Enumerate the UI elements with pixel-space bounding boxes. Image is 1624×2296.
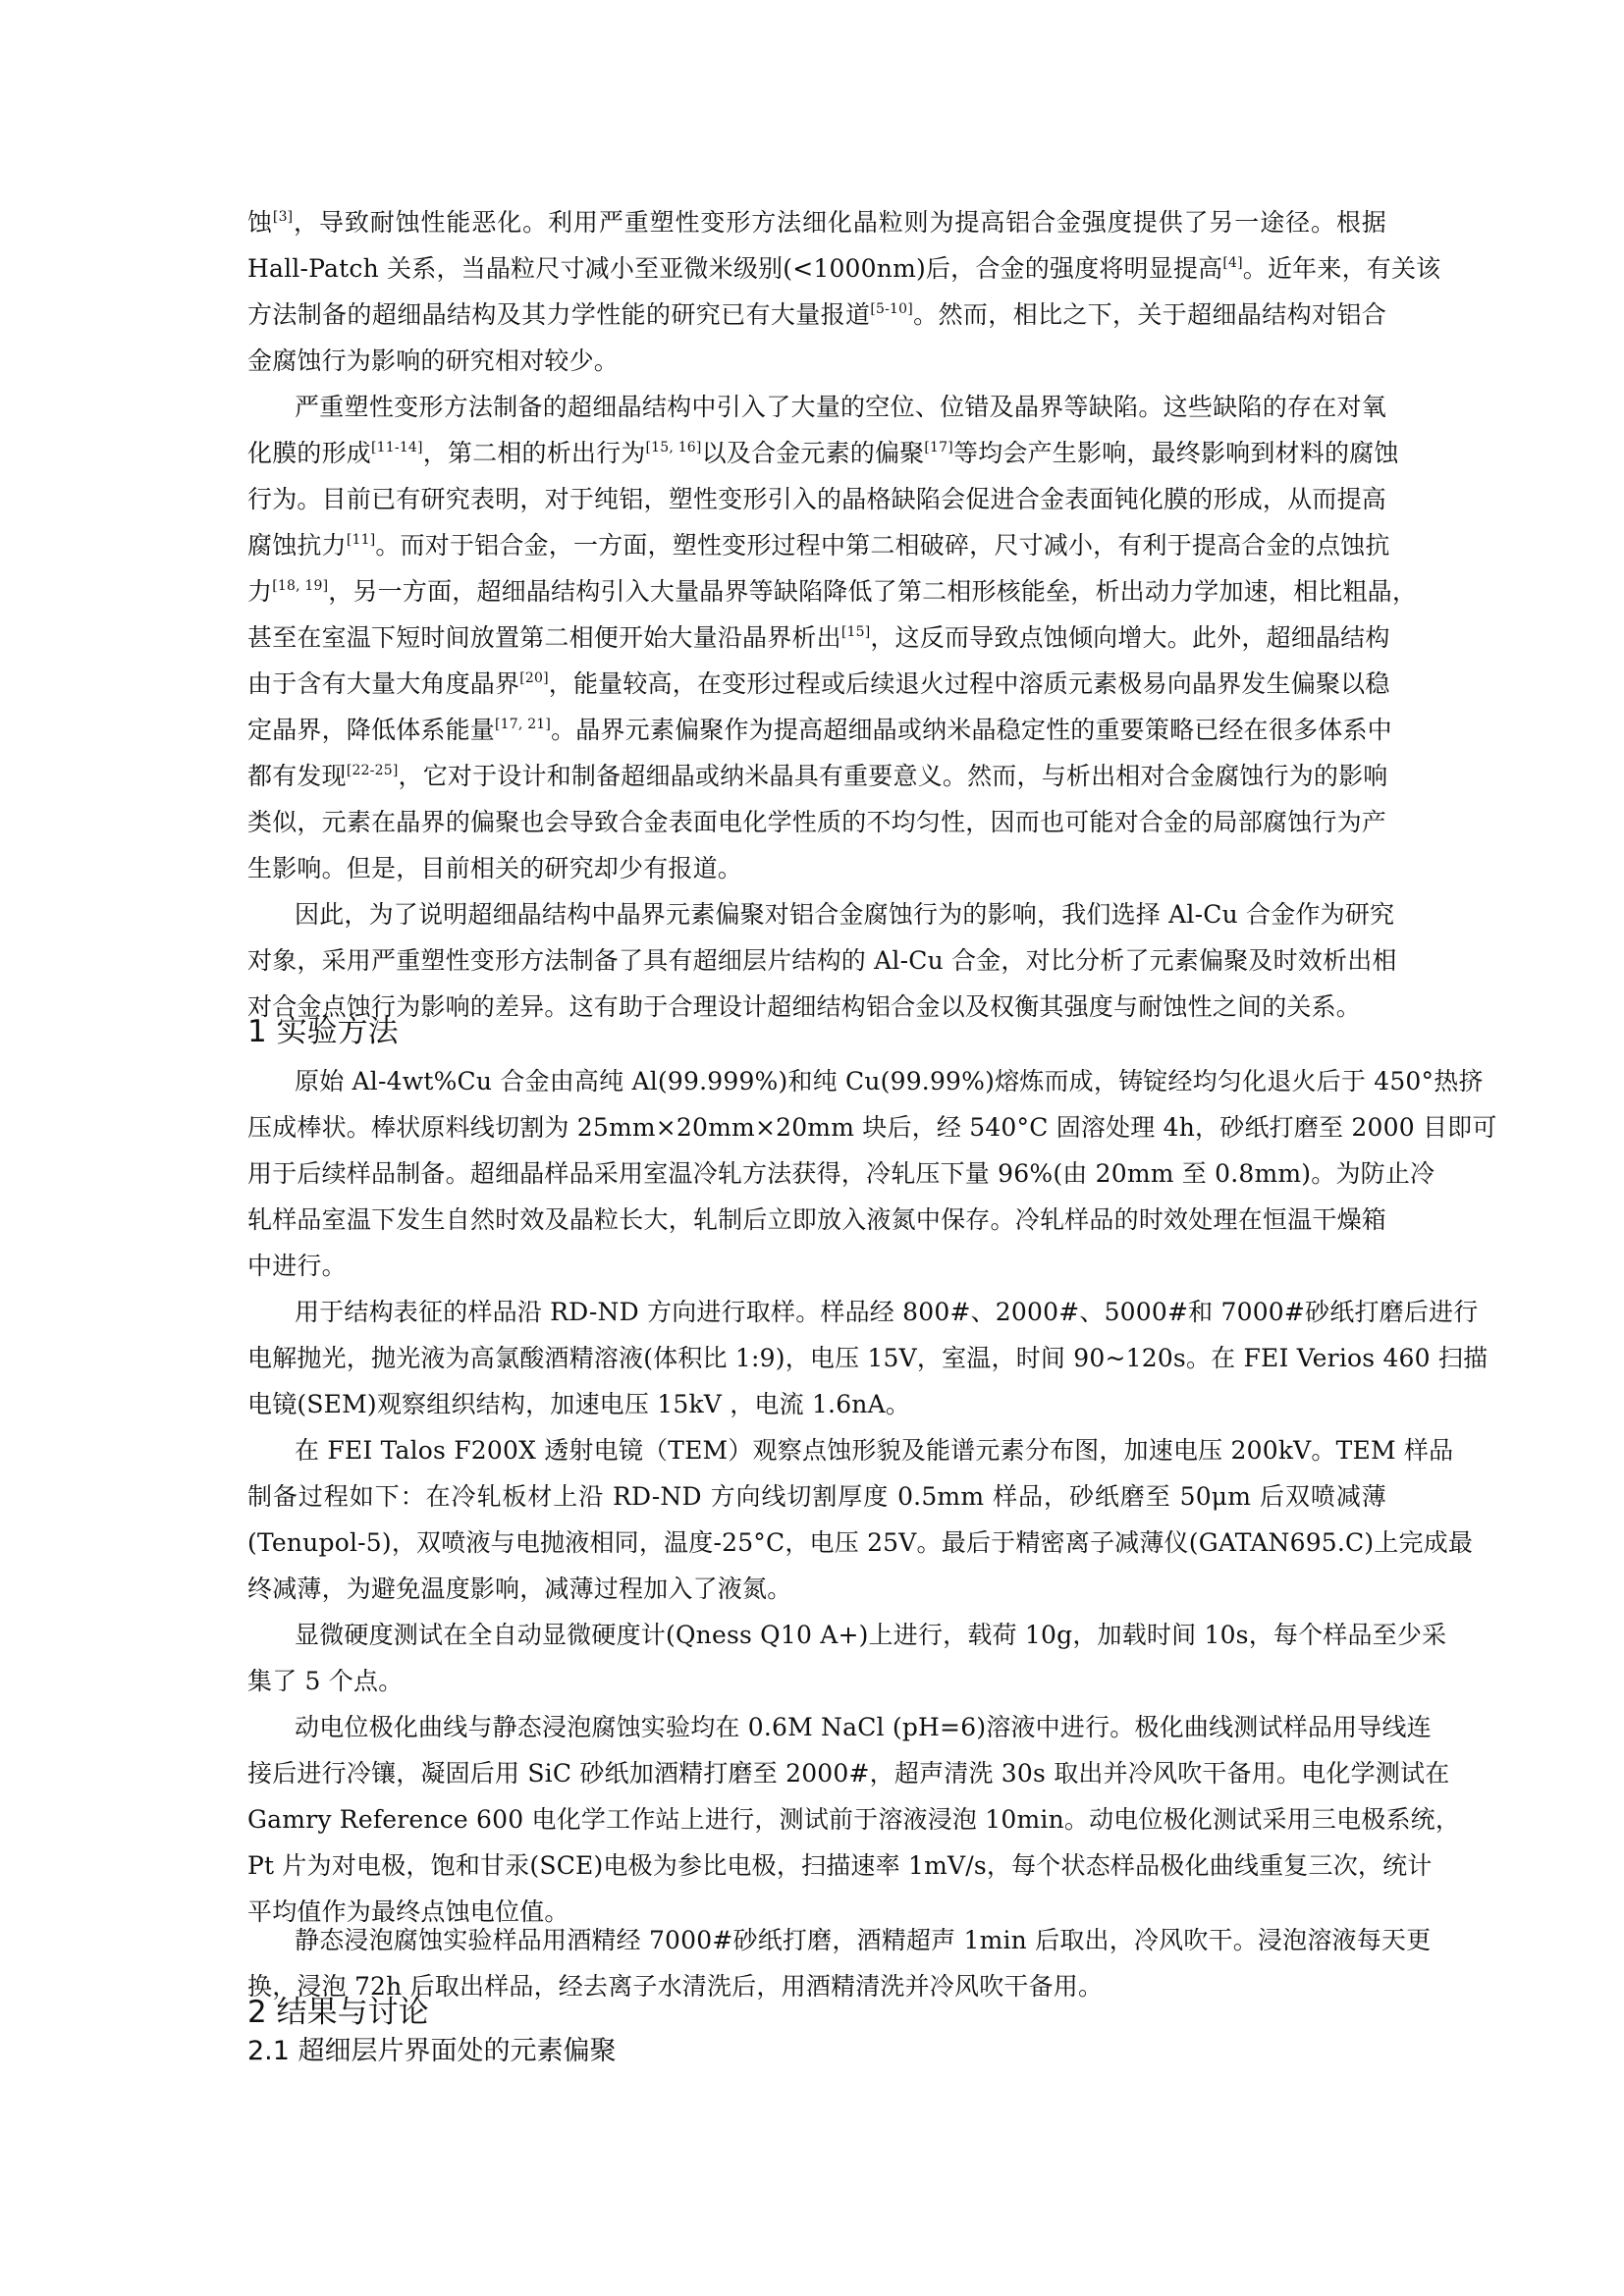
- text-line: 蚀[3]，导致耐蚀性能恶化。利用严重塑性变形方法细化晶粒则为提高铝合金强度提供了…: [247, 208, 1386, 238]
- text: 。然而，相比之下，关于超细晶结构对铝合: [913, 300, 1386, 329]
- text: 以及合金元素的偏聚: [702, 439, 925, 467]
- text-line: 由于含有大量大角度晶界[20]，能量较高，在变形过程或后续退火过程中溶质元素极易…: [247, 669, 1386, 699]
- citation: [20]: [519, 670, 549, 686]
- text: 对象，采用严重塑性变形方法制备了具有超细层片结构的 Al-Cu 合金，对比分析了…: [247, 946, 1397, 975]
- text-line: 因此，为了说明超细晶结构中晶界元素偏聚对铝合金腐蚀行为的影响，我们选择 Al-C…: [295, 900, 1386, 930]
- text-line: 显微硬度测试在全自动显微硬度计(Qness Q10 A+)上进行，载荷 10g，…: [295, 1621, 1386, 1650]
- text: 。晶界元素偏聚作为提高超细晶或纳米晶稳定性的重要策略已经在很多体系中: [551, 716, 1392, 744]
- text-line: 用于后续样品制备。超细晶样品采用室温冷轧方法获得，冷轧压下量 96%(由 20m…: [247, 1159, 1386, 1189]
- citation: [15, 16]: [646, 440, 702, 455]
- text-line: 终减薄，为避免温度影响，减薄过程加入了液氮。: [247, 1575, 1386, 1604]
- citation: [18, 19]: [272, 578, 328, 594]
- text-line: 方法制备的超细晶结构及其力学性能的研究已有大量报道[5-10]。然而，相比之下，…: [247, 300, 1386, 330]
- text-line: 接后进行冷镶，凝固后用 SiC 砂纸加酒精打磨至 2000#，超声清洗 30s …: [247, 1759, 1386, 1789]
- text: 。而对于铝合金，一方面，塑性变形过程中第二相破碎，尺寸减小，有利于提高合金的点蚀…: [375, 531, 1389, 560]
- subsection-heading-segregation: 2.1 超细层片界面处的元素偏聚: [247, 2036, 617, 2067]
- text: 由于含有大量大角度晶界: [247, 669, 519, 698]
- text-line: 静态浸泡腐蚀实验样品用酒精经 7000#砂纸打磨，酒精超声 1min 后取出，冷…: [295, 1926, 1386, 1955]
- text: 方法制备的超细晶结构及其力学性能的研究已有大量报道: [247, 300, 870, 329]
- text: 金腐蚀行为影响的研究相对较少。: [247, 347, 619, 375]
- text: 力: [247, 577, 272, 606]
- text-line: 对象，采用严重塑性变形方法制备了具有超细层片结构的 Al-Cu 合金，对比分析了…: [247, 946, 1386, 976]
- text: 生影响。但是，目前相关的研究却少有报道。: [247, 854, 742, 882]
- citation: [11-14]: [371, 440, 423, 455]
- text-line: 力[18, 19]，另一方面，超细晶结构引入大量晶界等缺陷降低了第二相形核能垒，…: [247, 577, 1386, 607]
- text-line: 中进行。: [247, 1252, 1386, 1281]
- text: 因此，为了说明超细晶结构中晶界元素偏聚对铝合金腐蚀行为的影响，我们选择 Al-C…: [295, 900, 1394, 929]
- text-line: 压成棒状。棒状原料线切割为 25mm×20mm×20mm 块后，经 540°C …: [247, 1113, 1386, 1143]
- citation: [3]: [273, 209, 293, 225]
- text: 化膜的形成: [247, 439, 371, 467]
- text: 。近年来，有关该: [1243, 254, 1441, 283]
- text-line: 平均值作为最终点蚀电位值。: [247, 1897, 1386, 1927]
- text-line: 行为。目前已有研究表明，对于纯铝，塑性变形引入的晶格缺陷会促进合金表面钝化膜的形…: [247, 485, 1386, 514]
- text-line: Hall-Patch 关系，当晶粒尺寸减小至亚微米级别(<1000nm)后，合金…: [247, 254, 1386, 284]
- text: 蚀: [247, 208, 273, 237]
- citation: [17, 21]: [495, 717, 551, 732]
- text-line: 在 FEI Talos F200X 透射电镜（TEM）观察点蚀形貌及能谱元素分布…: [295, 1436, 1386, 1466]
- text: ，这反而导致点蚀倾向增大。此外，超细晶结构: [870, 623, 1389, 652]
- text-line: 用于结构表征的样品沿 RD-ND 方向进行取样。样品经 800#、2000#、5…: [295, 1298, 1386, 1327]
- text-line: 严重塑性变形方法制备的超细晶结构中引入了大量的空位、位错及晶界等缺陷。这些缺陷的…: [295, 393, 1386, 422]
- text-line: 化膜的形成[11-14]，第二相的析出行为[15, 16]以及合金元素的偏聚[1…: [247, 439, 1386, 468]
- text-line: 定晶界，降低体系能量[17, 21]。晶界元素偏聚作为提高超细晶或纳米晶稳定性的…: [247, 716, 1386, 745]
- text-line: 电镜(SEM)观察组织结构，加速电压 15kV ，电流 1.6nA。: [247, 1390, 1386, 1419]
- text: 严重塑性变形方法制备的超细晶结构中引入了大量的空位、位错及晶界等缺陷。这些缺陷的…: [295, 393, 1386, 421]
- citation: [5-10]: [870, 301, 913, 317]
- text-line: 轧样品室温下发生自然时效及晶粒长大，轧制后立即放入液氮中保存。冷轧样品的时效处理…: [247, 1205, 1386, 1235]
- citation: [22-25]: [347, 763, 399, 778]
- text: 等均会产生影响，最终影响到材料的腐蚀: [953, 439, 1399, 467]
- document-page: 蚀[3]，导致耐蚀性能恶化。利用严重塑性变形方法细化晶粒则为提高铝合金强度提供了…: [0, 0, 1624, 2296]
- text-line: Pt 片为对电极，饱和甘汞(SCE)电极为参比电极，扫描速率 1mV/s，每个状…: [247, 1851, 1386, 1881]
- text: ，第二相的析出行为: [423, 439, 646, 467]
- text: 对合金点蚀行为影响的差异。这有助于合理设计超细结构铝合金以及权衡其强度与耐蚀性之…: [247, 992, 1361, 1021]
- citation: [4]: [1222, 255, 1242, 271]
- text: ，导致耐蚀性能恶化。利用严重塑性变形方法细化晶粒则为提高铝合金强度提供了另一途径…: [293, 208, 1386, 237]
- text-line: (Tenupol-5)，双喷液与电抛液相同，温度-25°C，电压 25V。最后于…: [247, 1528, 1386, 1558]
- text: ，另一方面，超细晶结构引入大量晶界等缺陷降低了第二相形核能垒，析出动力学加速，相…: [328, 577, 1417, 606]
- text-line: 制备过程如下：在冷轧板材上沿 RD-ND 方向线切割厚度 0.5mm 样品，砂纸…: [247, 1482, 1386, 1512]
- text-line: 动电位极化曲线与静态浸泡腐蚀实验均在 0.6M NaCl (pH=6)溶液中进行…: [295, 1713, 1386, 1742]
- text-line: 都有发现[22-25]，它对于设计和制备超细晶或纳米晶具有重要意义。然而，与析出…: [247, 762, 1386, 791]
- text: 行为。目前已有研究表明，对于纯铝，塑性变形引入的晶格缺陷会促进合金表面钝化膜的形…: [247, 485, 1386, 513]
- text: 腐蚀抗力: [247, 531, 347, 560]
- text-line: 对合金点蚀行为影响的差异。这有助于合理设计超细结构铝合金以及权衡其强度与耐蚀性之…: [247, 992, 1386, 1022]
- text-line: 腐蚀抗力[11]。而对于铝合金，一方面，塑性变形过程中第二相破碎，尺寸减小，有利…: [247, 531, 1386, 561]
- citation: [11]: [347, 532, 376, 548]
- text: ，能量较高，在变形过程或后续退火过程中溶质元素极易向晶界发生偏聚以稳: [549, 669, 1390, 698]
- section-heading-methods: 1 实验方法: [247, 1014, 399, 1049]
- text-line: 金腐蚀行为影响的研究相对较少。: [247, 347, 1386, 376]
- text: Hall-Patch 关系，当晶粒尺寸减小至亚微米级别(<1000nm)后，合金…: [247, 254, 1222, 283]
- text-line: 集了 5 个点。: [247, 1667, 1386, 1696]
- citation: [15]: [841, 624, 871, 640]
- text-line: 类似，元素在晶界的偏聚也会导致合金表面电化学性质的不均匀性，因而也可能对合金的局…: [247, 808, 1386, 837]
- text: 类似，元素在晶界的偏聚也会导致合金表面电化学性质的不均匀性，因而也可能对合金的局…: [247, 808, 1386, 836]
- section-heading-results: 2 结果与讨论: [247, 1995, 429, 2030]
- text-line: 原始 Al-4wt%Cu 合金由高纯 Al(99.999%)和纯 Cu(99.9…: [295, 1067, 1386, 1096]
- text-line: 电解抛光，抛光液为高氯酸酒精溶液(体积比 1:9)，电压 15V，室温，时间 9…: [247, 1344, 1386, 1373]
- text: 定晶界，降低体系能量: [247, 716, 495, 744]
- citation: [17]: [924, 440, 953, 455]
- text-line: 生影响。但是，目前相关的研究却少有报道。: [247, 854, 1386, 883]
- text: ，它对于设计和制备超细晶或纳米晶具有重要意义。然而，与析出相对合金腐蚀行为的影响: [399, 762, 1388, 790]
- text-line: 甚至在室温下短时间放置第二相便开始大量沿晶界析出[15]，这反而导致点蚀倾向增大…: [247, 623, 1386, 653]
- text: 都有发现: [247, 762, 347, 790]
- text: 甚至在室温下短时间放置第二相便开始大量沿晶界析出: [247, 623, 841, 652]
- text-line: Gamry Reference 600 电化学工作站上进行，测试前于溶液浸泡 1…: [247, 1805, 1386, 1835]
